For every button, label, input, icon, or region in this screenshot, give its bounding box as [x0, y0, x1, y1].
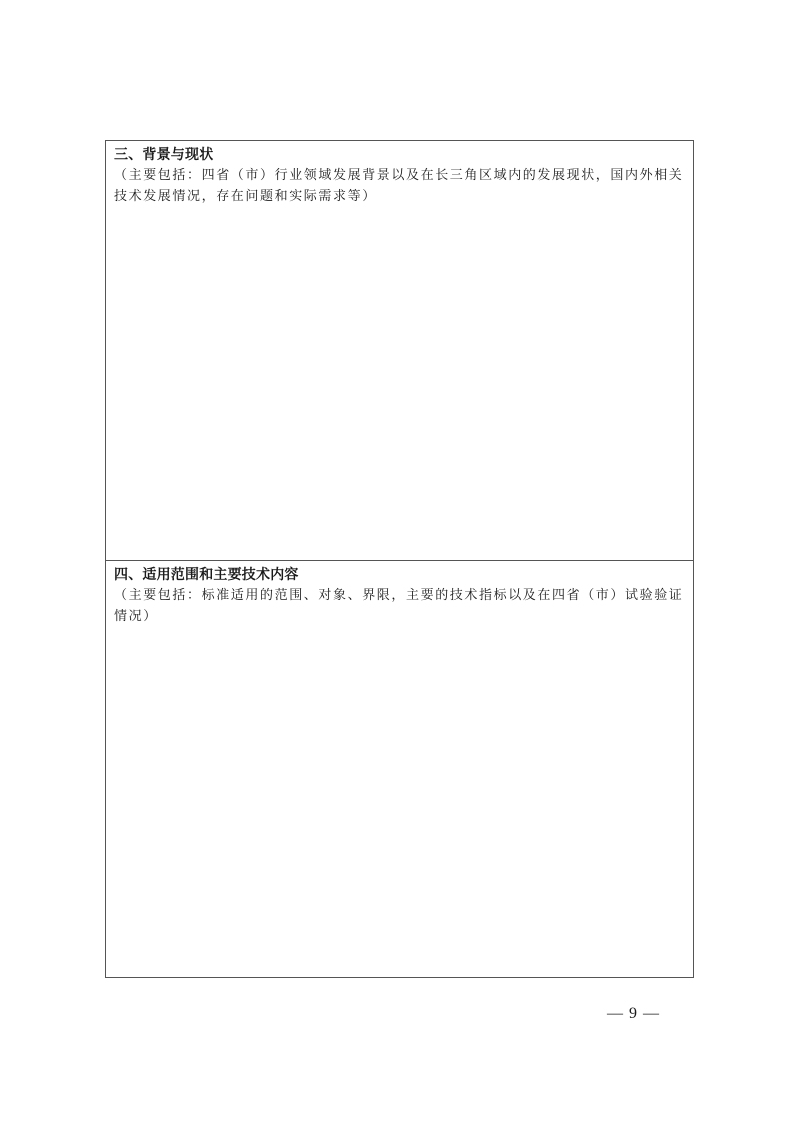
form-table: 三、背景与现状 （主要包括：四省（市）行业领域发展背景以及在长三角区域内的发展现…	[105, 140, 694, 978]
section-description: （主要包括：四省（市）行业领域发展背景以及在长三角区域内的发展现状，国内外相关技…	[114, 165, 685, 207]
section-background-status: 三、背景与现状 （主要包括：四省（市）行业领域发展背景以及在长三角区域内的发展现…	[106, 141, 693, 561]
section-title: 四、适用范围和主要技术内容	[114, 567, 685, 584]
section-scope-technical-content: 四、适用范围和主要技术内容 （主要包括：标准适用的范围、对象、界限，主要的技术指…	[106, 561, 693, 977]
section-description: （主要包括：标准适用的范围、对象、界限，主要的技术指标以及在四省（市）试验验证情…	[114, 585, 685, 627]
page-number: — 9 —	[607, 1005, 660, 1023]
section-title: 三、背景与现状	[114, 147, 685, 164]
